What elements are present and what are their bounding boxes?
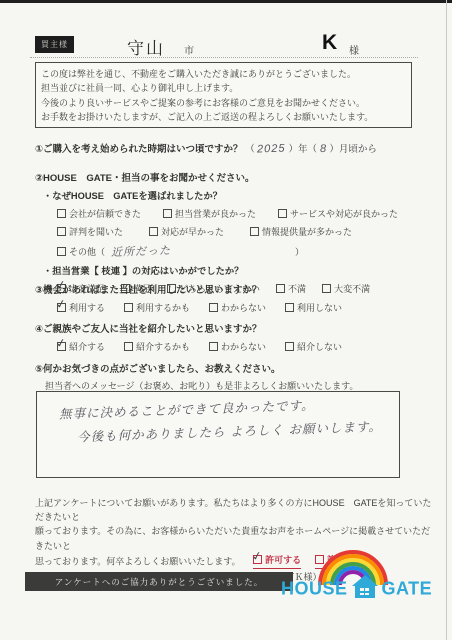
intro-line: この度は弊社を通じ、不動産をご購入いただき誠にありがとうございました。 (41, 67, 406, 81)
option-will-use[interactable]: 利用する (57, 301, 105, 314)
option-much-info[interactable]: 情報提供量が多かった (250, 225, 352, 238)
other-paren-close: ） (295, 245, 304, 258)
checkbox[interactable] (209, 342, 218, 351)
agent-label-prefix: ・担当営業【 (43, 266, 99, 276)
checkbox[interactable] (124, 303, 133, 312)
q1-month-value[interactable]: 8 (319, 143, 327, 155)
option-label: 評判を聞いた (69, 225, 123, 238)
option-wont-use[interactable]: 利用しない (285, 301, 342, 314)
buyer-tag: 買主様 (35, 36, 74, 53)
option-company-trust[interactable]: 会社が信頼できた (57, 207, 141, 220)
option-label: その他（ (69, 245, 105, 258)
checkbox[interactable] (57, 303, 66, 312)
option-good-agent[interactable]: 担当営業が良かった (163, 207, 256, 220)
question-2-label: ②HOUSE GATE・担当の事をお聞かせください。 (35, 170, 440, 184)
house-icon (352, 575, 378, 599)
option-dont-know[interactable]: わからない (209, 301, 266, 314)
option-label: わからない (221, 301, 266, 314)
option-label: 利用する (69, 301, 105, 314)
header-underline (30, 57, 418, 58)
handwritten-message-line: 無事に決めることができて良かったです。 (59, 396, 315, 423)
customer-city: 守山 (127, 34, 165, 59)
honorific: 様 (349, 42, 359, 57)
option-label: 対応が早かった (161, 225, 224, 238)
checkbox[interactable] (278, 209, 287, 218)
question-1: ①ご購入を考え始められた時期はいつ頃ですか？ （ 2025 ）年（ 8 ）月頃か… (35, 141, 435, 155)
message-box[interactable]: 無事に決めることができて良かったです。 今後も何かありましたら よろしく お願い… (36, 391, 400, 478)
footer-line: 思っております。何卒よろしくお願いいたします。 (35, 556, 241, 566)
option-label: 担当営業が良かった (175, 207, 256, 220)
other-handwritten-value[interactable]: 近所だった (111, 242, 172, 260)
q3-options: 利用する 利用するかも わからない 利用しない (57, 301, 440, 314)
question-5-label: ⑤何かお気づきの点がございましたら、お教えください。 (35, 361, 440, 375)
option-fast-response[interactable]: 対応が早かった (149, 225, 224, 238)
option-label: 紹介する (69, 340, 105, 353)
scan-edge-right (446, 0, 447, 640)
option-will-refer[interactable]: 紹介する (57, 340, 105, 353)
option-maybe-refer[interactable]: 紹介するかも (124, 340, 190, 353)
question-4: ④ご親族やご友人に当社を紹介したいと思いますか？ 紹介する 紹介するかも わから… (35, 321, 440, 353)
city-suffix: 市 (184, 42, 194, 57)
q4-options: 紹介する 紹介するかも わからない 紹介しない (57, 340, 440, 353)
option-label: 会社が信頼できた (69, 207, 141, 220)
option-reputation[interactable]: 評判を聞いた (57, 225, 123, 238)
checkbox[interactable] (285, 303, 294, 312)
checkbox[interactable] (57, 247, 66, 256)
handwritten-message-line: 今後も何かありましたら よろしく お願いします。 (77, 417, 382, 446)
checkbox[interactable] (57, 342, 66, 351)
checkbox[interactable] (57, 227, 66, 236)
q2-why-row1: 会社が信頼できた 担当営業が良かった サービスや対応が良かった (57, 207, 440, 220)
logo-word-gate: GATE (382, 577, 433, 599)
checkbox[interactable] (124, 342, 133, 351)
question-4-label: ④ご親族やご友人に当社を紹介したいと思いますか？ (35, 321, 440, 335)
logo-word-house: HOUSE (281, 577, 348, 599)
checkbox[interactable] (285, 342, 294, 351)
footer-line: 上記アンケートについてお願いがあります。私たちはより多くの方にHOUSE GAT… (35, 496, 435, 524)
q1-mid: ）年（ (288, 144, 317, 155)
thanks-bar: アンケートへのご協力ありがとうございました。 (25, 572, 293, 591)
agent-label-suffix: 】の対応はいかがでしたか？ (123, 266, 244, 276)
intro-line: お手数をお掛けいたしますが、ご記入の上ご返送の程よろしくお願いいたします。 (41, 110, 406, 124)
intro-line: 今後のより良いサービスやご提案の参考にお客様のご意見をお聞かせください。 (41, 96, 406, 110)
option-maybe-use[interactable]: 利用するかも (124, 301, 190, 314)
question-5: ⑤何かお気づきの点がございましたら、お教えください。 担当者へのメッセージ（お褒… (35, 361, 440, 392)
checkbox[interactable] (253, 555, 262, 564)
option-label: 紹介しない (297, 340, 342, 353)
intro-box: この度は弊社を通じ、不動産をご購入いただき誠にありがとうございました。 担当並び… (35, 62, 412, 128)
customer-initial: K (322, 31, 337, 55)
agent-name: 枝連 (101, 266, 120, 276)
house-gate-logo: HOUSE GATE (281, 548, 441, 600)
scan-edge-top (0, 0, 452, 3)
question-3-label: ③機会があればまた当社を利用したいと思いますか？ (35, 282, 440, 296)
option-label: 利用するかも (136, 301, 190, 314)
q2-why-label: ・なぜHOUSE GATEを選ばれましたか？ (43, 188, 440, 202)
checkbox[interactable] (57, 209, 66, 218)
q1-paren: （ (245, 144, 255, 155)
option-label: 紹介するかも (136, 340, 190, 353)
question-3: ③機会があればまた当社を利用したいと思いますか？ 利用する 利用するかも わから… (35, 282, 440, 314)
checkbox[interactable] (209, 303, 218, 312)
option-label: わからない (221, 340, 266, 353)
house-window (360, 588, 369, 595)
question-1-label: ①ご購入を考え始められた時期はいつ頃ですか？ (35, 144, 243, 155)
option-label: 利用しない (297, 301, 342, 314)
survey-form-page: 買主様 守山 市 K 様 この度は弊社を通じ、不動産をご購入いただき誠にありがと… (0, 0, 452, 640)
q1-year-value[interactable]: 2025 (257, 143, 286, 156)
option-label: サービスや対応が良かった (290, 207, 398, 220)
checkbox[interactable] (250, 227, 259, 236)
question-2: ②HOUSE GATE・担当の事をお聞かせください。 ・なぜHOUSE GATE… (35, 170, 440, 295)
q2-why-other-row: その他（ 近所だった ） (57, 243, 440, 259)
option-good-service[interactable]: サービスや対応が良かった (278, 207, 398, 220)
option-dont-know-refer[interactable]: わからない (209, 340, 266, 353)
q2-why-row2: 評判を聞いた 対応が早かった 情報提供量が多かった (57, 225, 440, 238)
logo-text-row: HOUSE GATE (281, 575, 432, 599)
option-label: 情報提供量が多かった (262, 225, 352, 238)
intro-line: 担当並びに社員一同、心より御礼申し上げます。 (41, 81, 406, 95)
option-other[interactable]: その他（ (57, 245, 105, 258)
q1-close: ）月頃から (329, 144, 377, 155)
option-wont-refer[interactable]: 紹介しない (285, 340, 342, 353)
checkbox[interactable] (163, 209, 172, 218)
checkbox[interactable] (149, 227, 158, 236)
q2-agent-label: ・担当営業【 枝連 】の対応はいかがでしたか？ (43, 263, 440, 277)
